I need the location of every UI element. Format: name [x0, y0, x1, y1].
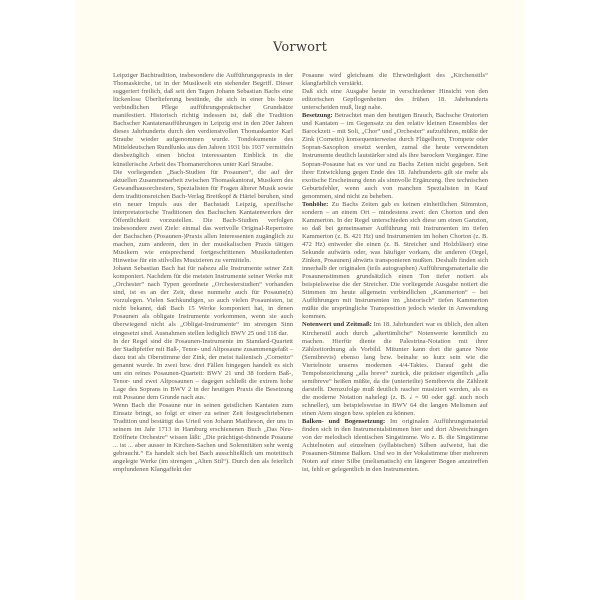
paragraph-text: In der Regel sind die Posaunen-Instrumen…: [113, 338, 293, 401]
paragraph-text: Betrachtet man den heutigen Brauch, Bach…: [302, 112, 488, 199]
paragraph-text: Johann Sebastian Bach hat für nahezu all…: [113, 265, 293, 336]
paragraph-heading: Tonhöhe:: [302, 201, 328, 208]
paragraph-text: Zu Bachs Zeiten gab es keinen einheitlic…: [302, 201, 488, 321]
paragraph: Posaune wird gleichsam die Ehrwürdigkeit…: [302, 72, 488, 88]
paragraph: Die vorliegenden „Bach-Studien für Posau…: [113, 169, 293, 266]
paragraph: Leipziger Bachtradition, insbesondere di…: [113, 72, 293, 169]
paragraph: Tonhöhe: Zu Bachs Zeiten gab es keinen e…: [302, 201, 488, 322]
paragraph: Balken- und Bogensetzung: Im originalen …: [302, 418, 488, 474]
paragraph-text: Im 18. Jahrhundert war es üblich, den al…: [302, 321, 488, 417]
paragraph-text: Die vorliegenden „Bach-Studien für Posau…: [113, 169, 293, 265]
paragraph: Daß sich eine Ausgabe heute in verschied…: [302, 88, 488, 112]
right-column: Posaune wird gleichsam die Ehrwürdigkeit…: [302, 72, 488, 474]
paragraph-text: Leipziger Bachtradition, insbesondere di…: [113, 72, 293, 168]
left-column: Leipziger Bachtradition, insbesondere di…: [113, 72, 293, 474]
paragraph: Notenwert und Zeitmaß: Im 18. Jahrhunder…: [302, 321, 488, 418]
paragraph-heading: Balken- und Bogensetzung:: [302, 418, 385, 425]
paragraph: Besetzung: Betrachtet man den heutigen B…: [302, 112, 488, 201]
document-page: Vorwort Leipziger Bachtradition, insbeso…: [75, 0, 525, 600]
paragraph-text: Daß sich eine Ausgabe heute in verschied…: [302, 88, 488, 111]
page-title: Vorwort: [75, 40, 525, 55]
paragraph: Wenn Bach die Posaune nur in seinen geis…: [113, 402, 293, 474]
paragraph-heading: Notenwert und Zeitmaß:: [302, 321, 372, 328]
paragraph-text: Posaune wird gleichsam die Ehrwürdigkeit…: [302, 72, 488, 87]
paragraph: Johann Sebastian Bach hat für nahezu all…: [113, 265, 293, 337]
paragraph-heading: Besetzung:: [302, 112, 333, 119]
paragraph: In der Regel sind die Posaunen-Instrumen…: [113, 338, 293, 402]
paragraph-text: Im originalen Aufführungsmaterial finden…: [302, 418, 488, 473]
paragraph-text: Wenn Bach die Posaune nur in seinen geis…: [113, 402, 293, 473]
